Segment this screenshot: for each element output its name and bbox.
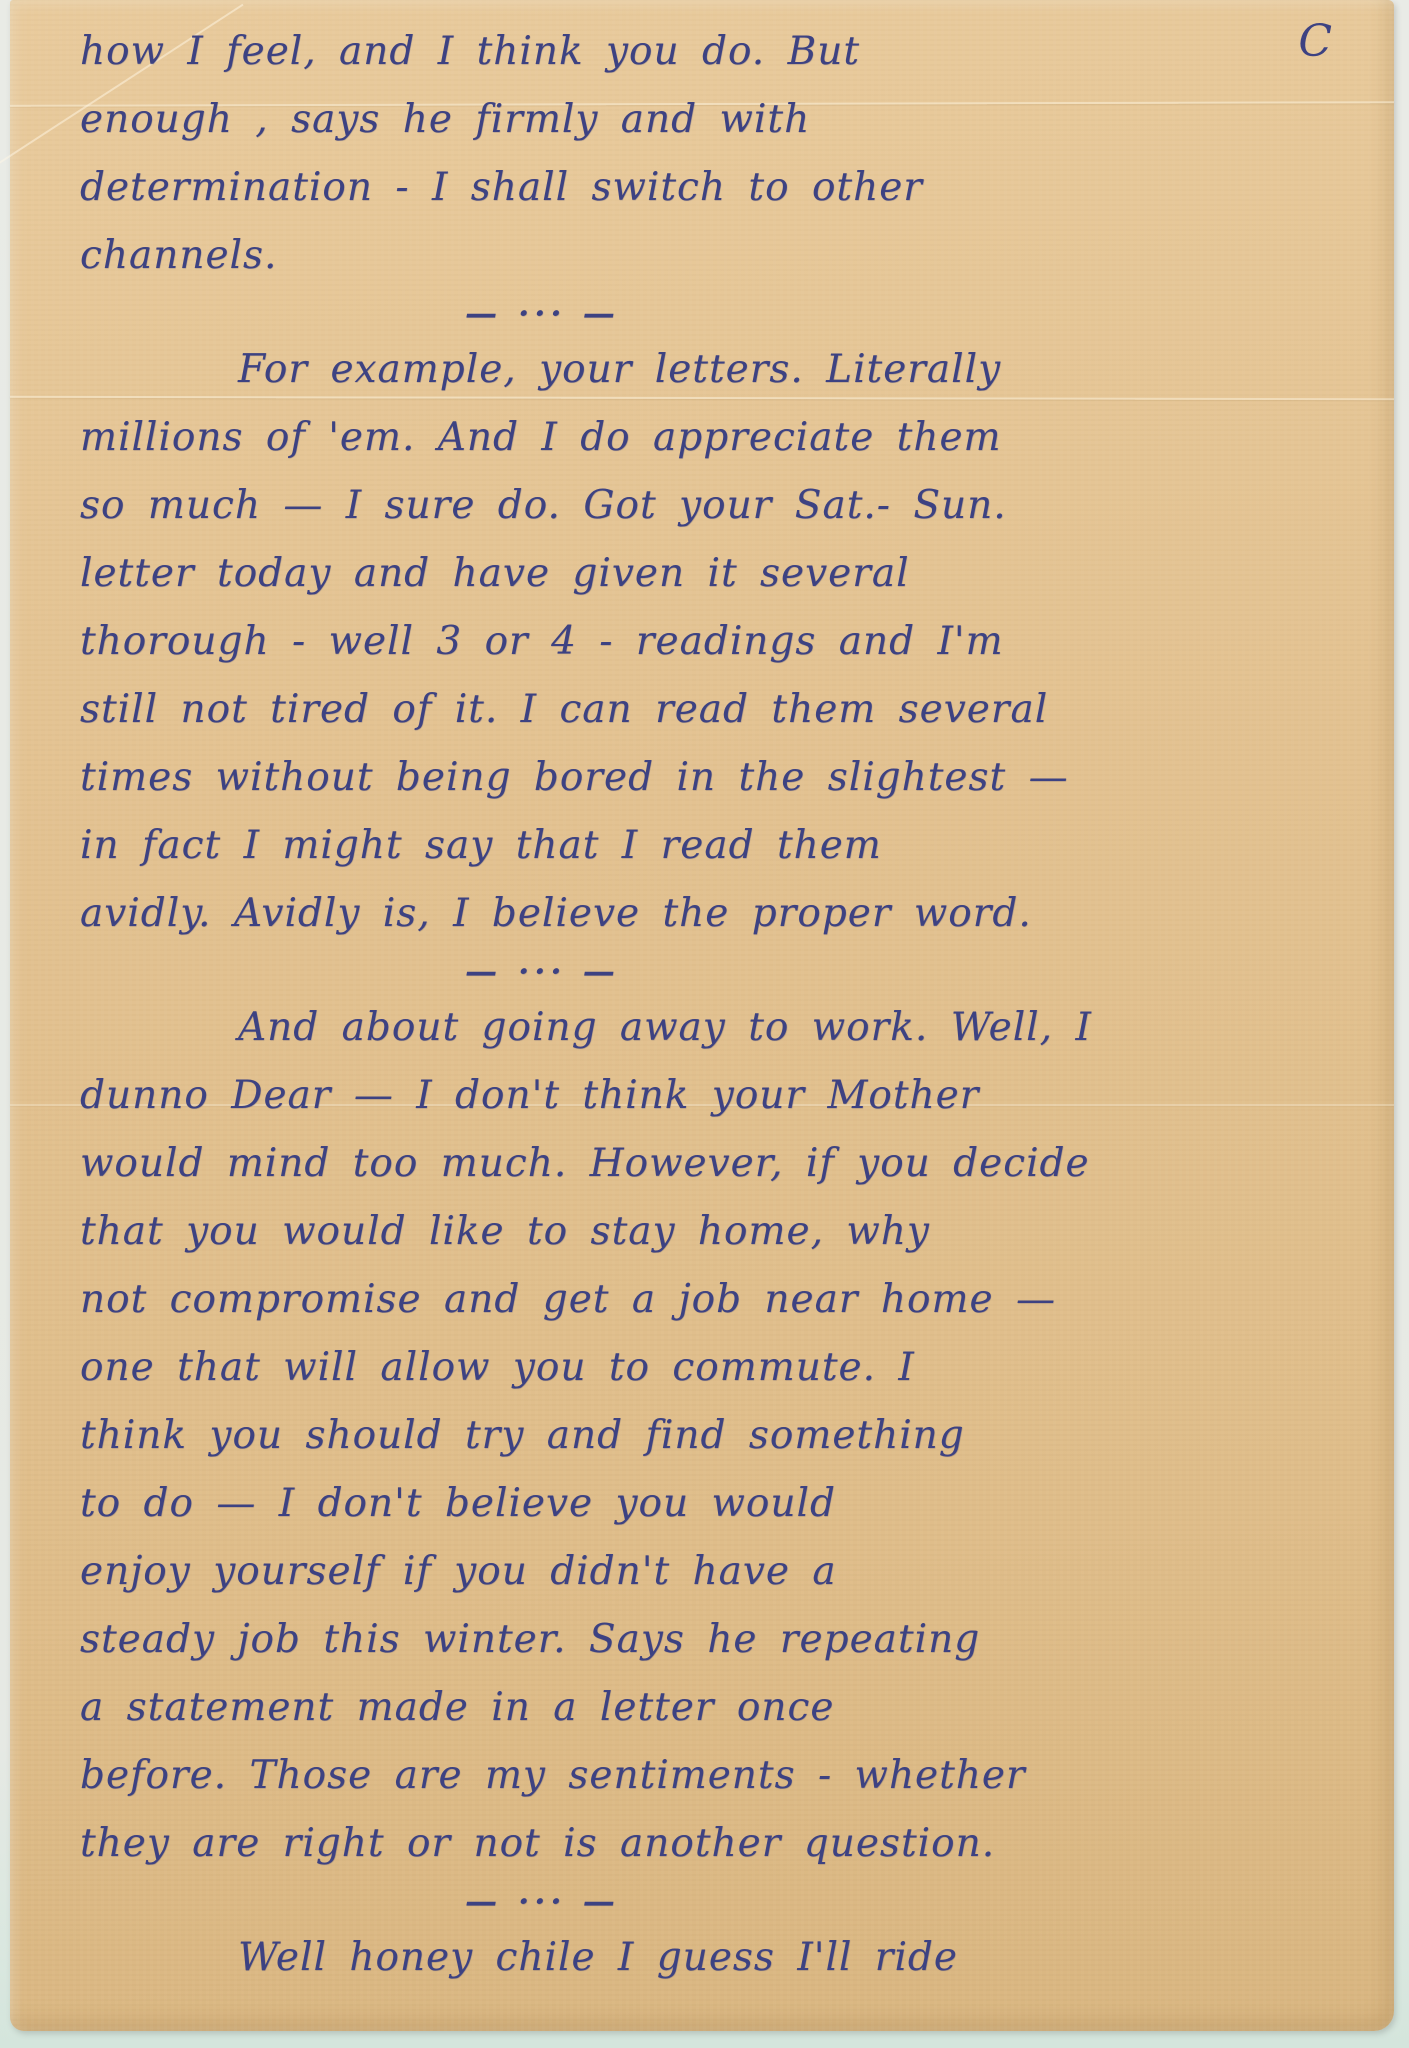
letter-line: in fact I might say that I read them bbox=[80, 812, 1354, 880]
letter-line: would mind too much. However, if you dec… bbox=[80, 1130, 1354, 1198]
letter-line: And about going away to work. Well, I bbox=[80, 994, 1354, 1062]
letter-line: determination - I shall switch to other bbox=[80, 154, 1354, 222]
letter-line: Well honey chile I guess I'll ride bbox=[80, 1924, 1354, 1992]
letter-line: one that will allow you to commute. I bbox=[80, 1334, 1354, 1402]
letter-line: times without being bored in the slighte… bbox=[80, 744, 1354, 812]
section-divider: — ··· — bbox=[80, 290, 1354, 336]
letter-line: not compromise and get a job near home — bbox=[80, 1266, 1354, 1334]
letter-page: C how I feel, and I think you do. Buteno… bbox=[10, 0, 1394, 2031]
letter-line: they are right or not is another questio… bbox=[80, 1810, 1354, 1878]
letter-line: enjoy yourself if you didn't have a bbox=[80, 1538, 1354, 1606]
section-divider: — ··· — bbox=[80, 1878, 1354, 1924]
letter-line: For example, your letters. Literally bbox=[80, 336, 1354, 404]
letter-line: before. Those are my sentiments - whethe… bbox=[80, 1742, 1354, 1810]
letter-line: still not tired of it. I can read them s… bbox=[80, 676, 1354, 744]
letter-line: to do — I don't believe you would bbox=[80, 1470, 1354, 1538]
letter-line: how I feel, and I think you do. But bbox=[80, 18, 1354, 86]
letter-line: channels. bbox=[80, 222, 1354, 290]
letter-line: that you would like to stay home, why bbox=[80, 1198, 1354, 1266]
letter-line: letter today and have given it several bbox=[80, 540, 1354, 608]
letter-line: steady job this winter. Says he repeatin… bbox=[80, 1606, 1354, 1674]
letter-line: thorough - well 3 or 4 - readings and I'… bbox=[80, 608, 1354, 676]
letter-line: enough , says he firmly and with bbox=[80, 86, 1354, 154]
letter-line: a statement made in a letter once bbox=[80, 1674, 1354, 1742]
scan-background: C how I feel, and I think you do. Buteno… bbox=[0, 0, 1409, 2048]
section-divider: — ··· — bbox=[80, 948, 1354, 994]
letter-line: so much — I sure do. Got your Sat.- Sun. bbox=[80, 472, 1354, 540]
letter-body: how I feel, and I think you do. Butenoug… bbox=[80, 18, 1354, 1992]
letter-line: avidly. Avidly is, I believe the proper … bbox=[80, 880, 1354, 948]
letter-line: millions of 'em. And I do appreciate the… bbox=[80, 404, 1354, 472]
letter-line: think you should try and find something bbox=[80, 1402, 1354, 1470]
letter-line: dunno Dear — I don't think your Mother bbox=[80, 1062, 1354, 1130]
